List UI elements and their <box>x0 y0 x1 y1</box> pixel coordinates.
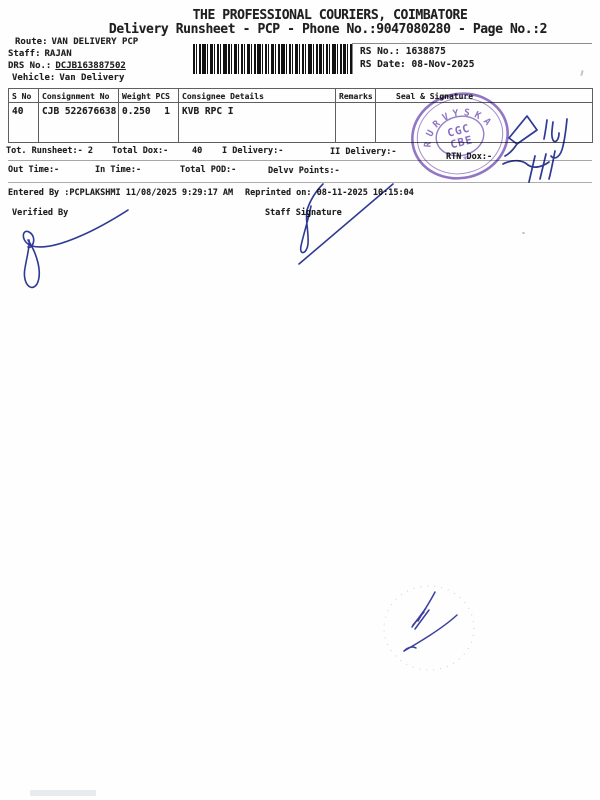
stamp-star: * <box>462 155 470 166</box>
entered-by-line: Entered By :PCPLAKSHMI 11/08/2025 9:29:1… <box>8 188 233 198</box>
tot-runsheet-value: 2 <box>88 146 93 156</box>
rs-box-left-border <box>352 43 353 74</box>
scan-speck <box>580 70 583 76</box>
vehicle-value: Van Delivery <box>59 73 124 83</box>
staff-signature-ink <box>275 176 400 270</box>
staff-label: Staff: <box>8 49 41 59</box>
drs-label: DRS No.: <box>8 61 51 71</box>
handwritten-note <box>495 98 585 196</box>
route-label: Route: <box>15 37 48 47</box>
rs-date-value: 08-Nov-2025 <box>412 59 475 70</box>
page-title: THE PROFESSIONAL COURIERS, COIMBATORE <box>30 8 600 23</box>
cell-weight-pcs: 0.250 1 <box>119 103 179 142</box>
tot-runsheet-label: Tot. Runsheet:- <box>6 146 83 156</box>
drs-line: DRS No.:DCJB163887502 <box>8 61 126 71</box>
barcode <box>193 44 353 74</box>
cell-weight: 0.250 <box>122 105 151 142</box>
col-header-s-no: S No <box>9 89 39 103</box>
rs-box-top-border <box>352 43 592 44</box>
ii-delivery-label: II Delivery:- <box>330 147 397 157</box>
total-dox-label: Total Dox:- <box>112 146 168 156</box>
vehicle-label: Vehicle: <box>12 73 55 83</box>
col-header-remarks: Remarks <box>336 89 376 103</box>
col-header-consignment-no: Consignment No <box>39 89 119 103</box>
cell-pcs: 1 <box>164 105 170 142</box>
delvv-points-label: Delvv Points:- <box>268 166 340 176</box>
tot-runsheet: Tot. Runsheet:- 2 <box>6 146 93 156</box>
scan-speck <box>522 232 525 234</box>
i-delivery-label: I Delivery:- <box>222 146 283 156</box>
out-time-label: Out Time:- <box>8 165 59 175</box>
col-header-pcs: PCS <box>156 90 170 102</box>
col-header-weight: Weight <box>122 90 151 102</box>
bottom-stamp-signature <box>373 570 495 688</box>
col-header-consignee-details: Consignee Details <box>179 89 336 103</box>
route-line: Route:VAN DELIVERY PCP <box>15 37 138 47</box>
rs-date-label: RS Date: <box>360 59 406 70</box>
verified-by-signature <box>0 198 135 294</box>
staff-line: Staff:RAJAN <box>8 49 72 59</box>
cell-consignment-no: CJB 522676638 <box>39 103 119 142</box>
scan-artifact-bar <box>30 790 96 796</box>
col-header-weight-pcs: Weight PCS <box>119 89 179 103</box>
rs-no-label: RS No.: <box>360 46 400 57</box>
runsheet-document: THE PROFESSIONAL COURIERS, COIMBATORE De… <box>0 0 600 800</box>
in-time-label: In Time:- <box>95 165 141 175</box>
total-pod-label: Total POD:- <box>180 165 236 175</box>
rs-no-value: 1638875 <box>406 46 446 57</box>
faint-stamp-circle <box>384 586 474 670</box>
cell-consignee-details: KVB RPC I <box>179 103 336 142</box>
bottom-signature <box>404 592 457 651</box>
cell-s-no: 40 <box>9 103 39 142</box>
rs-no-line: RS No.: 1638875 <box>360 46 446 57</box>
vehicle-line: Vehicle:Van Delivery <box>12 73 124 83</box>
cell-remarks <box>336 103 376 142</box>
drs-value: DCJB163887502 <box>55 61 125 71</box>
route-value: VAN DELIVERY PCP <box>52 37 139 47</box>
total-dox-value: 40 <box>192 146 202 156</box>
page-subtitle: Delivery Runsheet - PCP - Phone No.:9047… <box>28 22 600 37</box>
rs-date-line: RS Date: 08-Nov-2025 <box>360 59 474 70</box>
staff-value: RAJAN <box>45 49 72 59</box>
